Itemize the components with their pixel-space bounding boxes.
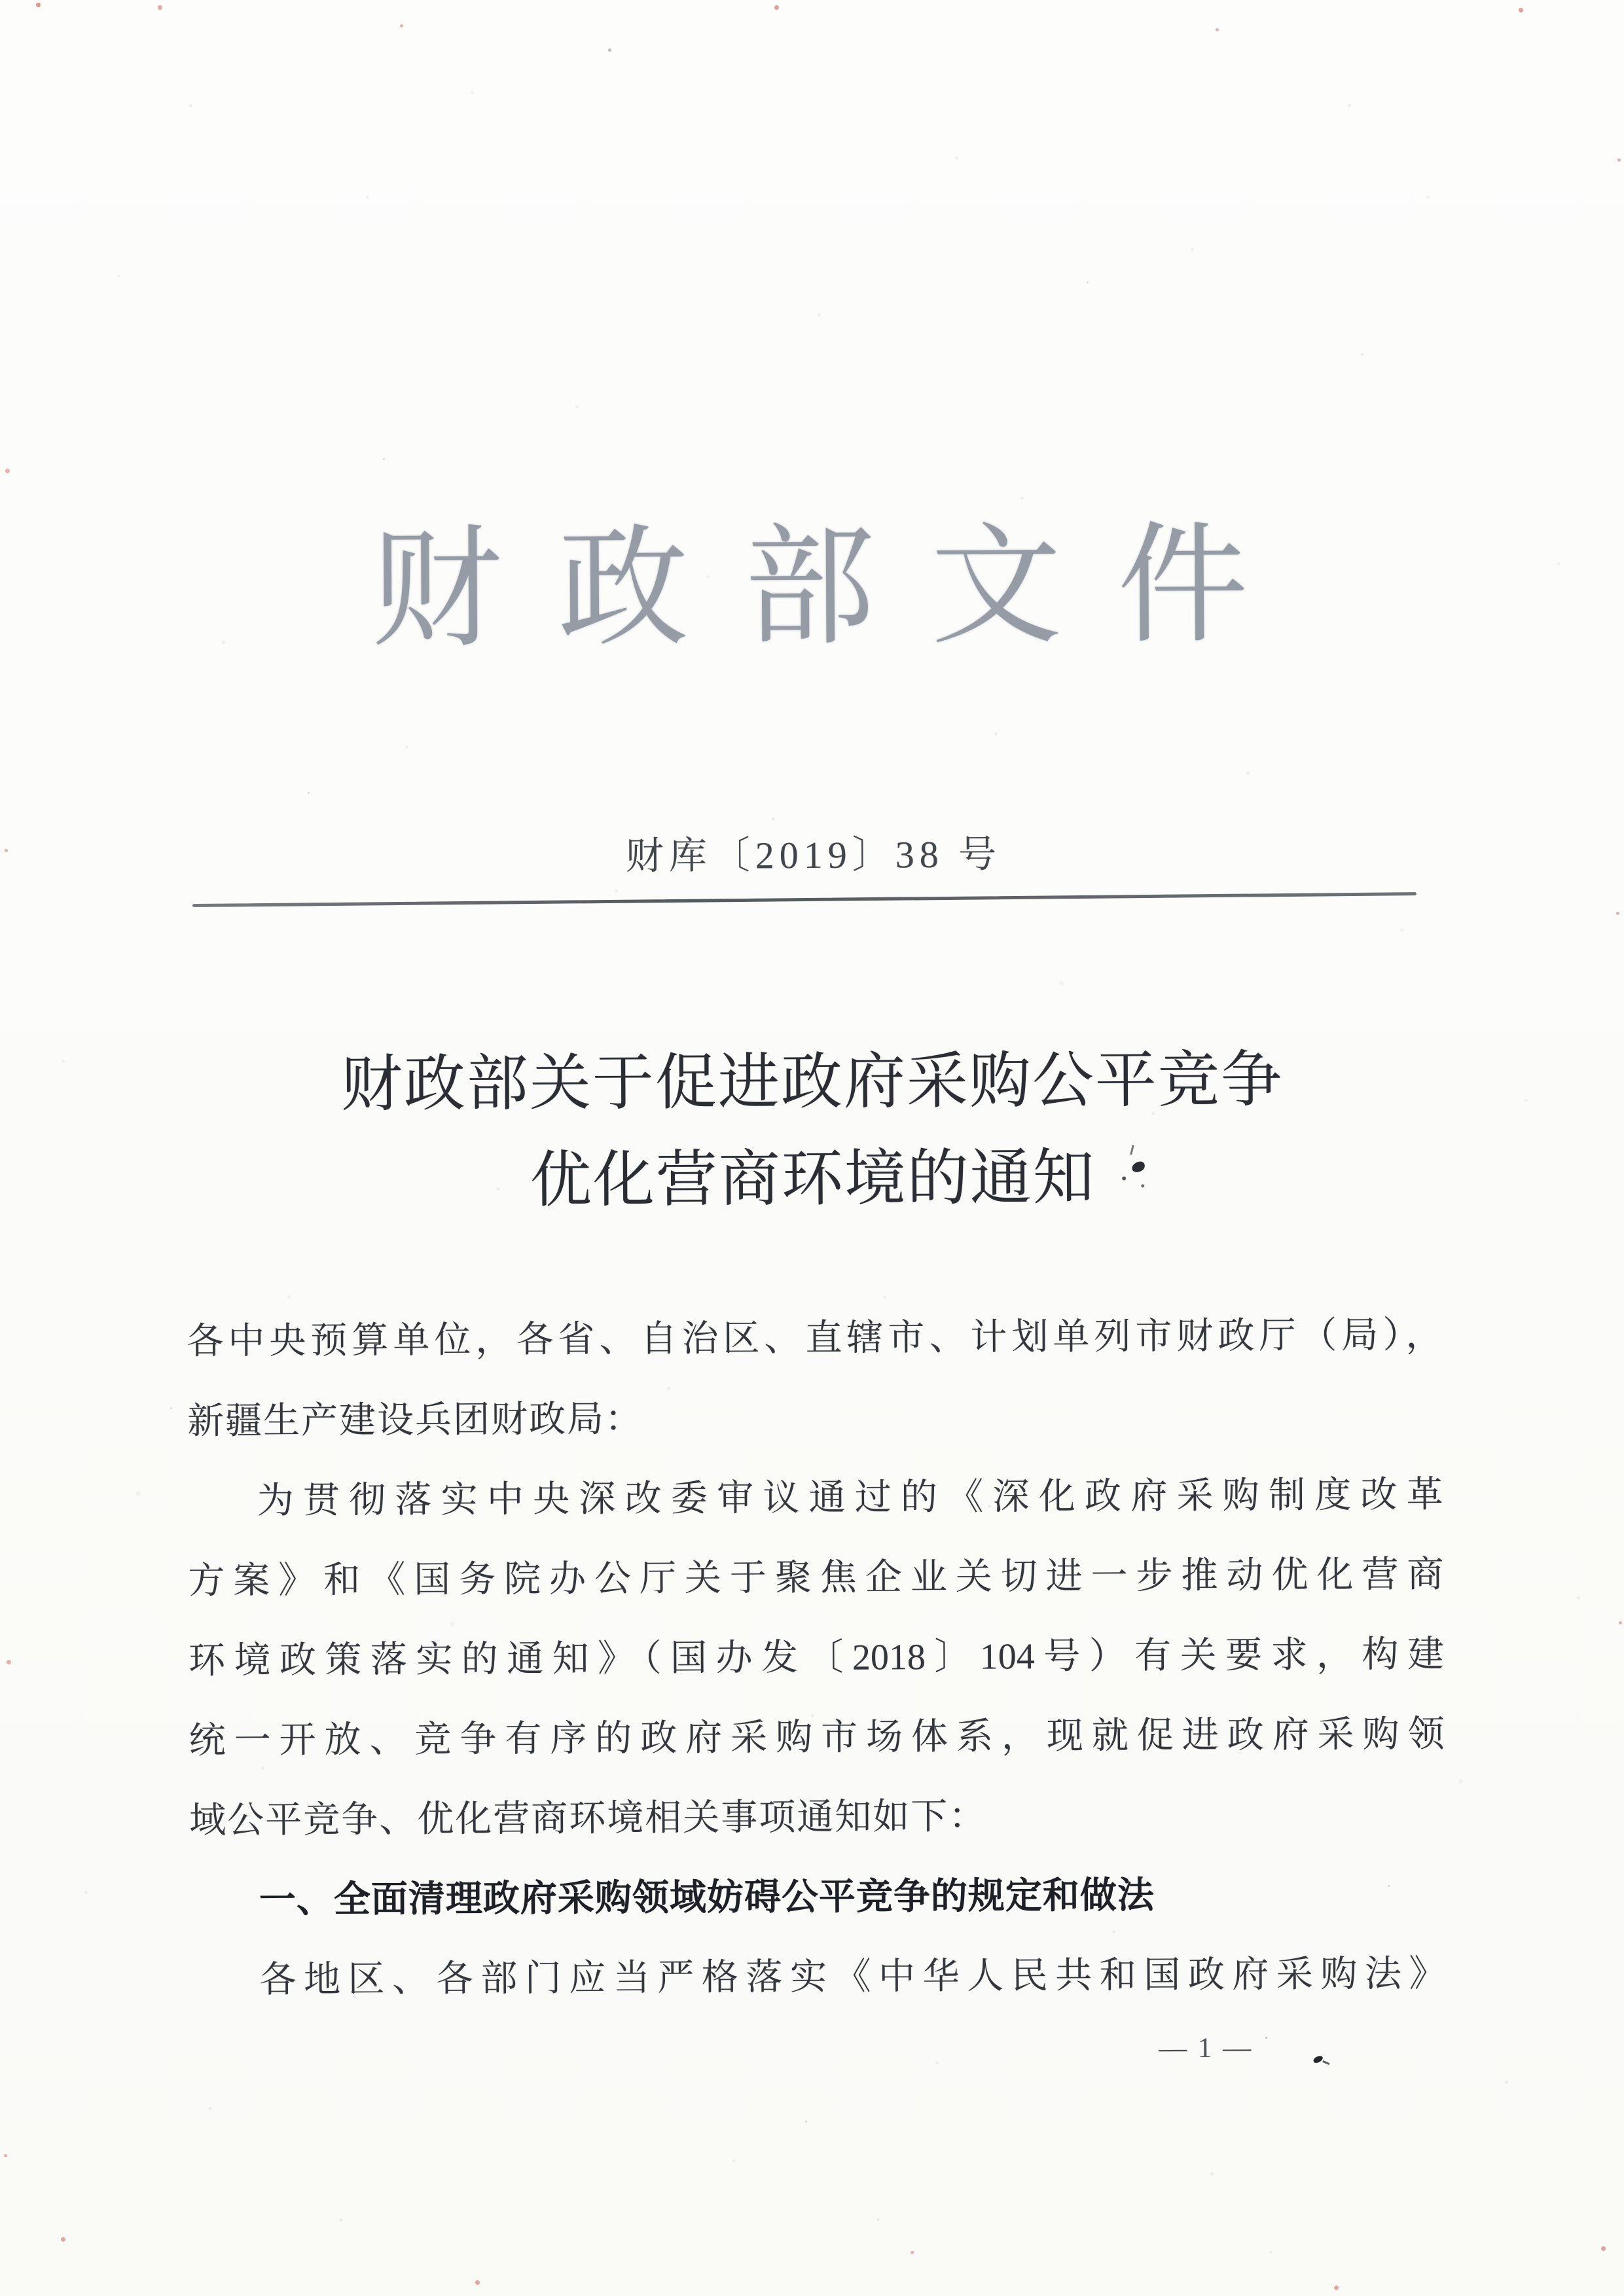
document-reference-number: 财库〔2019〕38 号 — [0, 829, 1623, 883]
body-line: 为贯彻落实中央深改委审议通过的《深化政府采购制度改革 — [187, 1455, 1443, 1541]
scanned-document-page: 财政部文件 财库〔2019〕38 号 财政部关于促进政府采购公平竞争 优化营商环… — [0, 0, 1624, 2296]
body-line: 各中央预算单位，各省、自治区、直辖市、计划单列市财政厅（局）， — [187, 1295, 1443, 1382]
scan-fleck-layer — [0, 0, 2, 2]
agency-letterhead-title: 财政部文件 — [0, 520, 1622, 659]
document-body: 各中央预算单位，各省、自治区、直辖市、计划单列市财政厅（局）， 新疆生产建设兵团… — [187, 1295, 1446, 2020]
body-line: 环境政策落实的通知》（国办发〔2018〕104号）有关要求，构建 — [189, 1615, 1445, 1701]
document-title-line2: 优化营商环境的通知 — [1, 1127, 1624, 1232]
body-line: 新疆生产建设兵团财政局： — [187, 1375, 1443, 1462]
page-number: — 1 — — [1159, 2032, 1253, 2064]
body-section-heading: 一、全面清理政府采购领域妨碍公平竞争的规定和做法 — [190, 1854, 1446, 1941]
ink-blot-mark — [0, 0, 1619, 5]
letterhead-divider-rule — [192, 892, 1416, 907]
body-line: 域公平竞争、优化营商环境相关事项通知如下： — [189, 1774, 1445, 1861]
scan-speckle-layer — [0, 0, 2, 2]
document-title-line1: 财政部关于促进政府采购公平竞争 — [0, 1030, 1624, 1136]
body-line: 方案》和《国务院办公厅关于聚焦企业关切进一步推动优化营商 — [188, 1535, 1444, 1621]
document-title: 财政部关于促进政府采购公平竞争 优化营商环境的通知 — [0, 1030, 1624, 1232]
body-line: 统一开放、竞争有序的政府采购市场体系，现就促进政府采购领 — [189, 1695, 1445, 1781]
red-speck-layer — [0, 0, 2, 2]
scanned-content: 财政部文件 财库〔2019〕38 号 财政部关于促进政府采购公平竞争 优化营商环… — [0, 0, 1624, 2296]
body-line: 各地区、各部门应当严格落实《中华人民共和国政府采购法》 — [190, 1934, 1446, 2020]
ink-fleck-mark — [0, 0, 1619, 5]
